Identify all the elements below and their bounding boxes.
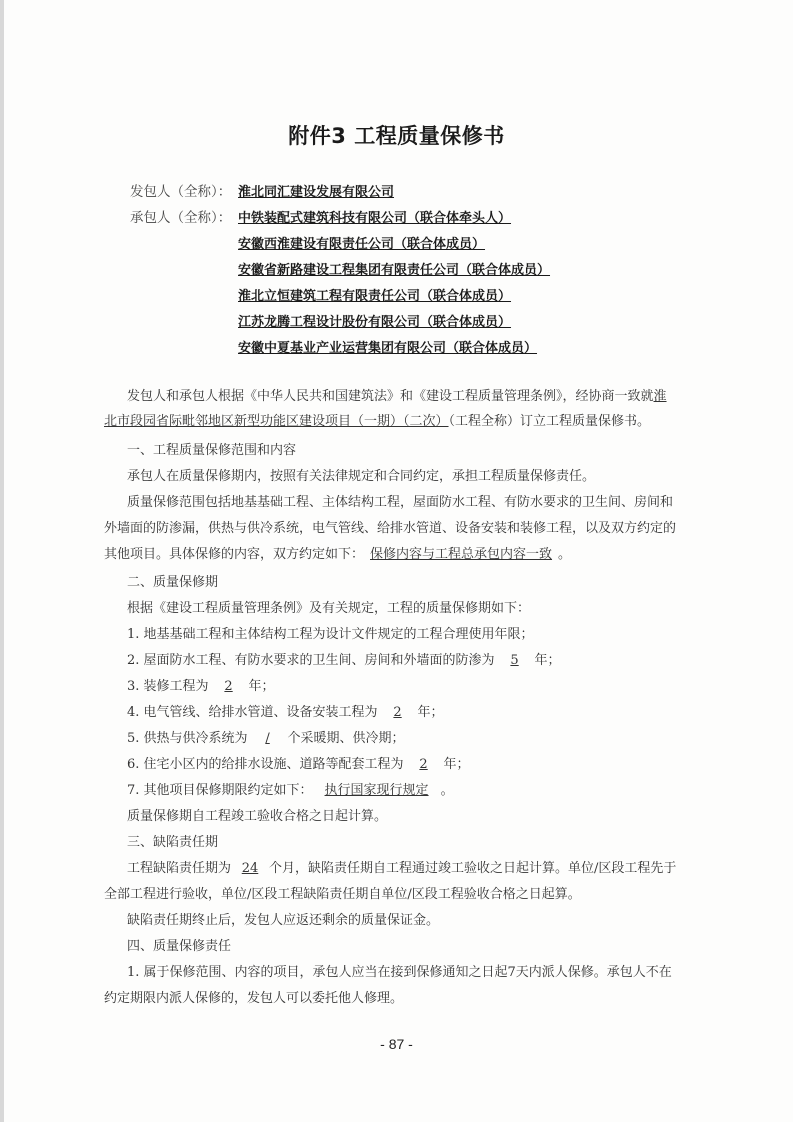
item-label: 6. 住宅小区内的给排水设施、道路等配套工程为	[127, 757, 404, 772]
item-unit: 年；	[418, 705, 444, 720]
contractor-member-lead: 中铁装配式建筑科技有限公司（联合体牵头人）	[238, 211, 511, 226]
defect-label: 工程缺陷责任期为	[127, 861, 231, 876]
contractor-label: 承包人（全称）：	[130, 209, 238, 227]
employer-line: 发包人（全称）：淮北同汇建设发展有限公司	[130, 183, 394, 202]
warranty-item-5: 5. 供热与供冷系统为/个采暖期、供冷期；	[127, 730, 717, 748]
item-label: 4. 电气管线、给排水管道、设备安装工程为	[127, 705, 378, 720]
page-title: 附件3 工程质量保修书	[0, 120, 793, 150]
section2-footer: 质量保修期自工程竣工验收合格之日起计算。	[127, 808, 717, 826]
section2-intro: 根据《建设工程质量管理条例》及有关规定，工程的质量保修期如下：	[127, 600, 717, 618]
item-value: 2	[378, 704, 418, 722]
defect-text: 个月，缺陷责任期自工程通过竣工验收之日起计算。单位/区段工程先于	[269, 861, 676, 876]
section4-heading: 四、质量保修责任	[127, 938, 717, 956]
employer-name: 淮北同汇建设发展有限公司	[238, 185, 394, 200]
scan-edge	[0, 0, 4, 1122]
section1-heading: 一、工程质量保修范围和内容	[127, 442, 717, 460]
section3-p1-line2: 全部工程进行验收，单位/区段工程缺陷责任期自单位/区段工程验收合格之日起算。	[104, 886, 694, 904]
item-unit: 年；	[444, 757, 470, 772]
warranty-item-6: 6. 住宅小区内的给排水设施、道路等配套工程为2年；	[127, 756, 717, 774]
contractor-member: 安徽省新路建设工程集团有限责任公司（联合体成员）	[238, 262, 550, 280]
item-label: 2. 屋面防水工程、有防水要求的卫生间、房间和外墙面的防渗为	[127, 653, 495, 668]
section1-p2-line3: 其他项目。具体保修的内容，双方约定如下：保修内容与工程总承包内容一致。	[104, 546, 694, 564]
contractor-line: 承包人（全称）：中铁装配式建筑科技有限公司（联合体牵头人）	[130, 209, 511, 228]
item-label: 3. 装修工程为	[127, 679, 209, 694]
item-value: 2	[209, 678, 249, 696]
item-unit: 个采暖期、供冷期；	[288, 731, 405, 746]
section2-heading: 二、质量保修期	[127, 574, 717, 592]
item-unit: 。	[441, 783, 454, 798]
warranty-item-1: 1. 地基基础工程和主体结构工程为设计文件规定的工程合理使用年限；	[127, 626, 717, 644]
defect-period-value: 24	[231, 860, 269, 878]
section3-p2: 缺陷责任期终止后，发包人应返还剩余的质量保证金。	[127, 912, 717, 930]
item-label: 5. 供热与供冷系统为	[127, 731, 248, 746]
section1-p1: 承包人在质量保修期内，按照有关法律规定和合同约定，承担工程质量保修责任。	[127, 468, 717, 486]
warranty-item-3: 3. 装修工程为2年；	[127, 678, 717, 696]
page-number: - 87 -	[0, 1036, 793, 1052]
contractor-member: 安徽西淮建设有限责任公司（联合体成员）	[238, 236, 485, 254]
contractor-member: 安徽中夏基业产业运营集团有限公司（联合体成员）	[238, 340, 537, 358]
scope-label: 其他项目。具体保修的内容，双方约定如下：	[104, 547, 364, 562]
intro-suffix: （工程全称）订立工程质量保修书。	[449, 414, 651, 429]
section4-p1-line2: 约定期限内派人保修的，发包人可以委托他人修理。	[104, 990, 694, 1008]
item-value: 执行国家现行规定	[313, 782, 441, 800]
item-unit: 年；	[535, 653, 561, 668]
item-label: 7. 其他项目保修期限约定如下：	[127, 783, 313, 798]
warranty-item-4: 4. 电气管线、给排水管道、设备安装工程为2年；	[127, 704, 717, 722]
section3-p1-line1: 工程缺陷责任期为24个月，缺陷责任期自工程通过竣工验收之日起计算。单位/区段工程…	[127, 860, 717, 878]
item-unit: 年；	[249, 679, 275, 694]
item-value: 2	[404, 756, 444, 774]
contractor-member: 江苏龙腾工程设计股份有限公司（联合体成员）	[238, 314, 511, 332]
section4-p1-line1: 1. 属于保修范围、内容的项目，承包人应当在接到保修通知之日起7天内派人保修。承…	[127, 964, 717, 982]
warranty-item-7: 7. 其他项目保修期限约定如下：执行国家现行规定。	[127, 782, 717, 800]
intro-text: 发包人和承包人根据《中华人民共和国建筑法》和《建设工程质量管理条例》，经协商一致…	[127, 389, 654, 404]
intro-line-2: 北市段园省际毗邻地区新型功能区建设项目（一期）（二次）（工程全称）订立工程质量保…	[104, 413, 694, 431]
section3-heading: 三、缺陷责任期	[127, 834, 717, 852]
project-name-part: 淮	[654, 389, 667, 404]
section1-p2-line1: 质量保修范围包括地基基础工程、主体结构工程，屋面防水工程、有防水要求的卫生间、房…	[127, 494, 717, 512]
item-value: /	[248, 730, 288, 748]
project-name: 北市段园省际毗邻地区新型功能区建设项目（一期）（二次）	[104, 414, 449, 429]
scope-value: 保修内容与工程总承包内容一致	[364, 546, 558, 564]
section1-p2-line2: 外墙面的防渗漏，供热与供冷系统，电气管线、给排水管道、设备安装和装修工程，以及双…	[104, 520, 694, 538]
warranty-item-2: 2. 屋面防水工程、有防水要求的卫生间、房间和外墙面的防渗为5年；	[127, 652, 717, 670]
contractor-member: 淮北立恒建筑工程有限责任公司（联合体成员）	[238, 288, 511, 306]
item-value: 5	[495, 652, 535, 670]
employer-label: 发包人（全称）：	[130, 183, 238, 201]
intro-line-1: 发包人和承包人根据《中华人民共和国建筑法》和《建设工程质量管理条例》，经协商一致…	[127, 388, 717, 406]
period: 。	[558, 547, 571, 562]
